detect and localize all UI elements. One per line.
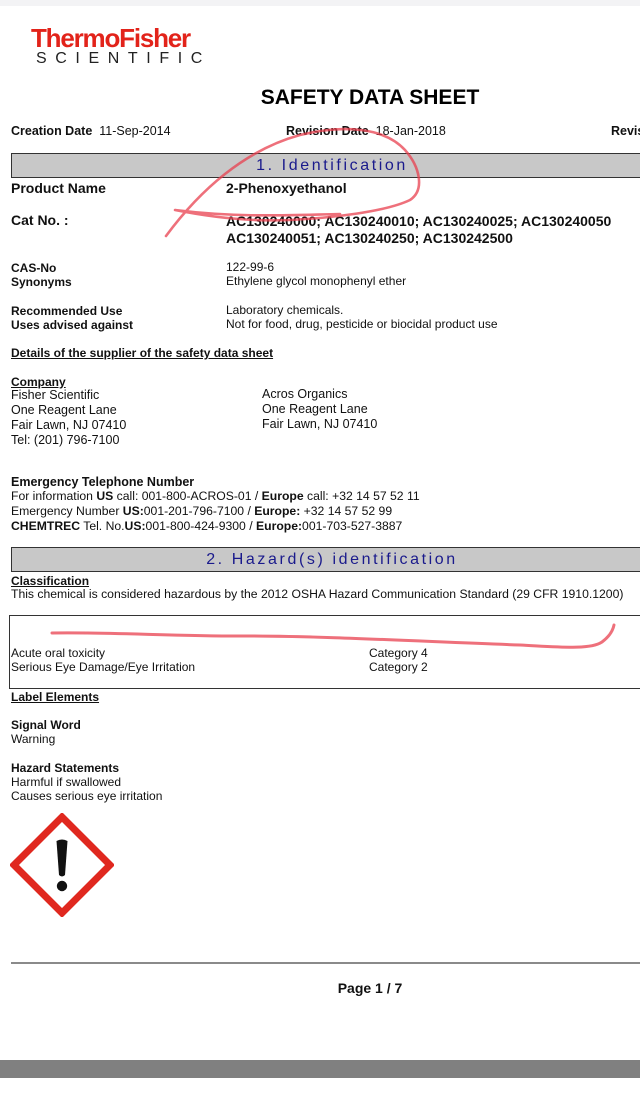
- cas-label: CAS-No: [11, 261, 56, 275]
- revision-date: Revision Date 18-Jan-2018: [286, 124, 446, 138]
- synonyms-value: Ethylene glycol monophenyl ether: [226, 274, 406, 288]
- classification-text: This chemical is considered hazardous by…: [11, 587, 623, 601]
- hazard-row-2-name: Serious Eye Damage/Eye Irritation: [11, 660, 195, 674]
- footer-divider: [11, 962, 640, 964]
- creation-date-value: 11-Sep-2014: [99, 124, 170, 138]
- classification-label: Classification: [11, 574, 89, 588]
- logo-scientific: SCIENTIFIC: [36, 50, 211, 68]
- hazard-statement-2: Causes serious eye irritation: [11, 789, 162, 803]
- product-name-value: 2-Phenoxyethanol: [226, 180, 347, 196]
- company-label: Company: [11, 375, 66, 389]
- company-2-name: Acros Organics: [262, 387, 377, 402]
- section-2-title: 2. Hazard(s) identification: [12, 551, 640, 569]
- section-2-header: 2. Hazard(s) identification: [11, 547, 640, 572]
- revision-number-text: Revis: [611, 124, 640, 138]
- supplier-heading: Details of the supplier of the safety da…: [11, 346, 273, 360]
- uses-against-value: Not for food, drug, pesticide or biocida…: [226, 317, 498, 331]
- top-strip: [0, 0, 640, 6]
- logo-thermofisher: ThermoFisher: [31, 24, 190, 52]
- emergency-heading: Emergency Telephone Number: [11, 475, 194, 489]
- emergency-lines: For information US call: 001-800-ACROS-0…: [11, 489, 420, 534]
- recommended-use-value: Laboratory chemicals.: [226, 303, 343, 317]
- uses-against-label: Uses advised against: [11, 318, 133, 332]
- page-number: Page 1 / 7: [0, 980, 640, 996]
- cat-no-line-2: AC130240051; AC130240250; AC130242500: [226, 230, 513, 247]
- company-1-city: Fair Lawn, NJ 07410: [11, 418, 126, 433]
- emergency-line-number: Emergency Number US:001-201-796-7100 / E…: [11, 504, 420, 519]
- hazard-row-2-category: Category 2: [369, 660, 428, 674]
- company-2-city: Fair Lawn, NJ 07410: [262, 417, 377, 432]
- company-1-street: One Reagent Lane: [11, 403, 126, 418]
- creation-date-label: Creation Date: [11, 124, 92, 138]
- hazard-statement-1: Harmful if swallowed: [11, 775, 121, 789]
- company-1-phone: Tel: (201) 796-7100: [11, 433, 126, 448]
- cas-value: 122-99-6: [226, 260, 274, 274]
- emergency-line-chemtrec: CHEMTREC Tel. No.US:001-800-424-9300 / E…: [11, 519, 420, 534]
- revision-date-label: Revision Date: [286, 124, 369, 138]
- signal-word-label: Signal Word: [11, 718, 81, 732]
- cat-no-label: Cat No. :: [11, 212, 69, 228]
- revision-date-value: 18-Jan-2018: [376, 124, 446, 138]
- company-2-street: One Reagent Lane: [262, 402, 377, 417]
- company-1-block: Fisher Scientific One Reagent Lane Fair …: [11, 388, 126, 448]
- synonyms-label: Synonyms: [11, 275, 72, 289]
- exclamation-mark-diamond-icon: [10, 813, 114, 917]
- revision-number-label: Revis: [611, 124, 640, 138]
- hazard-row-1-name: Acute oral toxicity: [11, 646, 105, 660]
- recommended-use-label: Recommended Use: [11, 304, 122, 318]
- signal-word-value: Warning: [11, 732, 55, 746]
- hazard-statements-label: Hazard Statements: [11, 761, 119, 775]
- label-elements-label: Label Elements: [11, 690, 99, 704]
- document-title: SAFETY DATA SHEET: [0, 86, 640, 110]
- section-1-header: 1. Identification: [11, 153, 640, 178]
- emergency-line-info: For information US call: 001-800-ACROS-0…: [11, 489, 420, 504]
- page-gap-bar: [0, 1060, 640, 1078]
- cat-no-line-1: AC130240000; AC130240010; AC130240025; A…: [226, 213, 611, 230]
- company-1-name: Fisher Scientific: [11, 388, 126, 403]
- creation-date: Creation Date 11-Sep-2014: [11, 124, 171, 138]
- hazard-row-1-category: Category 4: [369, 646, 428, 660]
- product-name-label: Product Name: [11, 180, 106, 196]
- company-2-block: Acros Organics One Reagent Lane Fair Law…: [262, 387, 377, 432]
- section-1-title: 1. Identification: [12, 157, 640, 175]
